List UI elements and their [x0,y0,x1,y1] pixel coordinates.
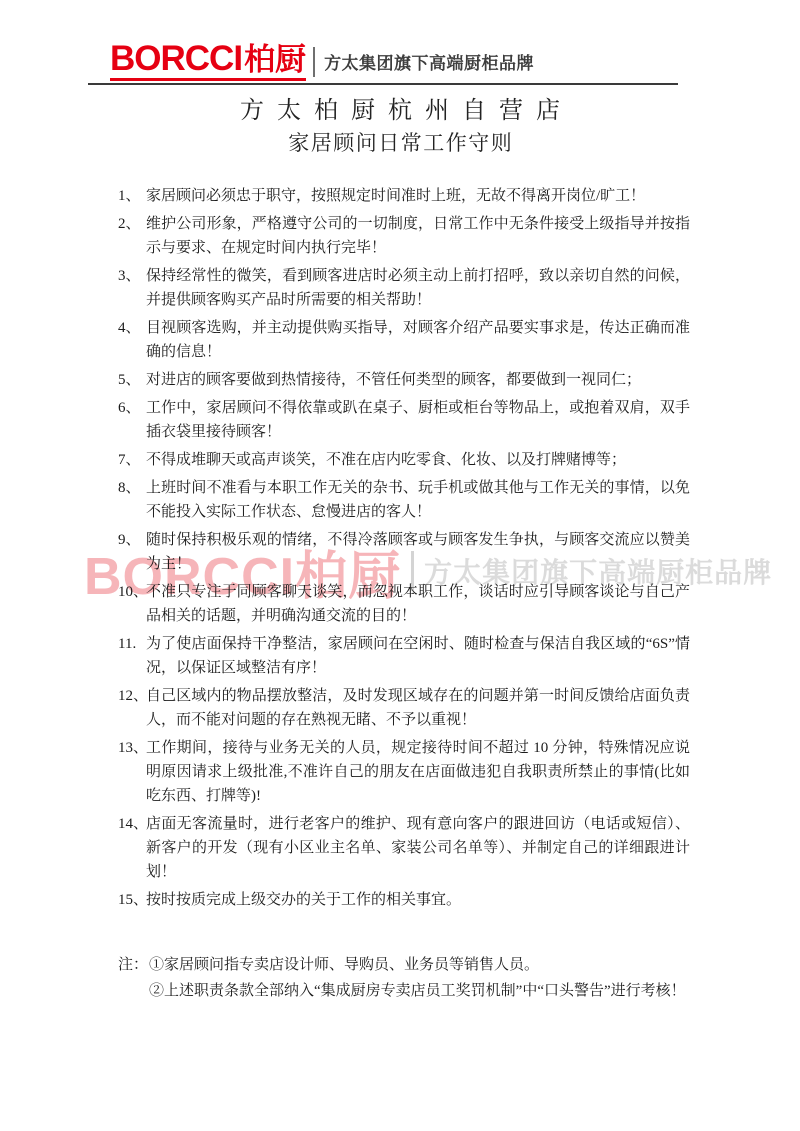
document-subtitle: 家居顾问日常工作守则 [0,128,800,158]
brand-tagline: 方太集团旗下高端厨柜品牌 [324,49,534,74]
rule-item-10: 10、不准只专注于同顾客聊天谈笑，而忽视本职工作，谈话时应引导顾客谈论与自己产品… [118,580,690,628]
rule-number: 6、 [118,396,141,420]
rule-number: 7、 [118,448,141,472]
rule-item-5: 5、对进店的顾客要做到热情接待，不管任何类型的顾客，都要做到一视同仁； [118,368,690,392]
rule-number: 11. [118,632,136,656]
rule-text: 维护公司形象，严格遵守公司的一切制度，日常工作中无条件接受上级指导并按指示与要求… [146,216,690,256]
rule-number: 4、 [118,316,141,340]
rule-item-13: 13、工作期间，接待与业务无关的人员，规定接待时间不超过 10 分钟，特殊情况应… [118,736,690,808]
rule-item-14: 14、店面无客流量时，进行老客户的维护、现有意向客户的跟进回访（电话或短信）、新… [118,812,690,884]
logo-latin-text: BORCCI [110,39,242,78]
rule-number: 1、 [118,184,141,208]
rule-text: 保持经常性的微笑，看到顾客进店时必须主动上前打招呼，致以亲切自然的问候，并提供顾… [146,268,690,308]
rule-text: 对进店的顾客要做到热情接待，不管任何类型的顾客，都要做到一视同仁； [146,372,641,388]
borcci-logo: BORCCI柏厨 [110,42,306,81]
rule-number: 12、 [118,684,148,708]
letterhead: BORCCI柏厨 方太集团旗下高端厨柜品牌 [110,42,534,81]
rule-number: 3、 [118,264,141,288]
rule-number: 8、 [118,476,141,500]
rule-item-11: 11.为了使店面保持干净整洁，家居顾问在空闲时、随时检查与保洁自我区域的“6S”… [118,632,690,680]
rule-number: 13、 [118,736,148,760]
rule-item-4: 4、目视顾客选购，并主动提供购买指导，对顾客介绍产品要实事求是，传达正确而准确的… [118,316,690,364]
rule-item-3: 3、保持经常性的微笑，看到顾客进店时必须主动上前打招呼，致以亲切自然的问候，并提… [118,264,690,312]
rule-text: 按时按质完成上级交办的关于工作的相关事宜。 [146,892,461,908]
rule-number: 10、 [118,580,148,604]
rule-text: 工作期间，接待与业务无关的人员，规定接待时间不超过 10 分钟，特殊情况应说明原… [146,740,690,804]
rule-text: 店面无客流量时，进行老客户的维护、现有意向客户的跟进回访（电话或短信）、新客户的… [146,816,690,880]
rule-item-9: 9、随时保持积极乐观的情绪，不得冷落顾客或与顾客发生争执，与顾客交流应以赞美为主… [118,528,690,576]
rule-text: 上班时间不准看与本职工作无关的杂书、玩手机或做其他与工作无关的事情，以免不能投入… [146,480,690,520]
rule-text: 不准只专注于同顾客聊天谈笑，而忽视本职工作，谈话时应引导顾客谈论与自己产品相关的… [146,584,690,624]
rule-item-15: 15、按时按质完成上级交办的关于工作的相关事宜。 [118,888,690,912]
note-text: ②上述职责条款全部纳入“集成厨房专卖店员工奖罚机制”中“口头警告”进行考核！ [149,983,686,999]
rule-item-1: 1、家居顾问必须忠于职守，按照规定时间准时上班，无故不得离开岗位/旷工！ [118,184,690,208]
rule-number: 2、 [118,212,141,236]
rule-number: 14、 [118,812,148,836]
document-body: 方太柏厨杭州自营店 家居顾问日常工作守则 1、家居顾问必须忠于职守，按照规定时间… [0,94,800,1004]
rule-number: 15、 [118,888,148,912]
rule-number: 9、 [118,528,141,552]
rule-item-8: 8、上班时间不准看与本职工作无关的杂书、玩手机或做其他与工作无关的事情，以免不能… [118,476,690,524]
rule-item-7: 7、不得成堆聊天或高声谈笑，不准在店内吃零食、化妆、以及打牌赌博等； [118,448,690,472]
rule-item-6: 6、工作中，家居顾问不得依靠或趴在桌子、厨柜或柜台等物品上，或抱着双肩，双手插衣… [118,396,690,444]
rule-text: 为了使店面保持干净整洁，家居顾问在空闲时、随时检查与保洁自我区域的“6S”情况，… [146,636,690,676]
rule-item-12: 12、自己区域内的物品摆放整洁，及时发现区域存在的问题并第一时间反馈给店面负责人… [118,684,690,732]
logo-separator-bar [313,47,315,77]
note-label: 注： [118,952,148,978]
rule-text: 随时保持积极乐观的情绪，不得冷落顾客或与顾客发生争执，与顾客交流应以赞美为主！ [146,532,690,572]
note-item-2: ②上述职责条款全部纳入“集成厨房专卖店员工奖罚机制”中“口头警告”进行考核！ [118,978,690,1004]
document-title: 方太柏厨杭州自营店 [0,94,800,128]
note-item-1: 注：①家居顾问指专卖店设计师、导购员、业务员等销售人员。 [118,952,690,978]
logo-chinese-text: 柏厨 [244,42,306,77]
rule-number: 5、 [118,368,141,392]
document-page: BORCCI柏厨 方太集团旗下高端厨柜品牌 BORCCI柏厨 方太集团旗下高端厨… [0,0,800,1131]
rule-text: 目视顾客选购，并主动提供购买指导，对顾客介绍产品要实事求是，传达正确而准确的信息… [146,320,690,360]
rule-text: 家居顾问必须忠于职守，按照规定时间准时上班，无故不得离开岗位/旷工！ [146,188,645,204]
note-text: ①家居顾问指专卖店设计师、导购员、业务员等销售人员。 [149,957,539,973]
rule-text: 不得成堆聊天或高声谈笑，不准在店内吃零食、化妆、以及打牌赌博等； [146,452,626,468]
header-rule-line [88,83,678,85]
rule-text: 工作中，家居顾问不得依靠或趴在桌子、厨柜或柜台等物品上，或抱着双肩，双手插衣袋里… [146,400,690,440]
notes-section: 注：①家居顾问指专卖店设计师、导购员、业务员等销售人员。②上述职责条款全部纳入“… [118,952,690,1004]
rules-list: 1、家居顾问必须忠于职守，按照规定时间准时上班，无故不得离开岗位/旷工！2、维护… [118,184,690,912]
rule-text: 自己区域内的物品摆放整洁，及时发现区域存在的问题并第一时间反馈给店面负责人，而不… [146,688,690,728]
rule-item-2: 2、维护公司形象，严格遵守公司的一切制度，日常工作中无条件接受上级指导并按指示与… [118,212,690,260]
